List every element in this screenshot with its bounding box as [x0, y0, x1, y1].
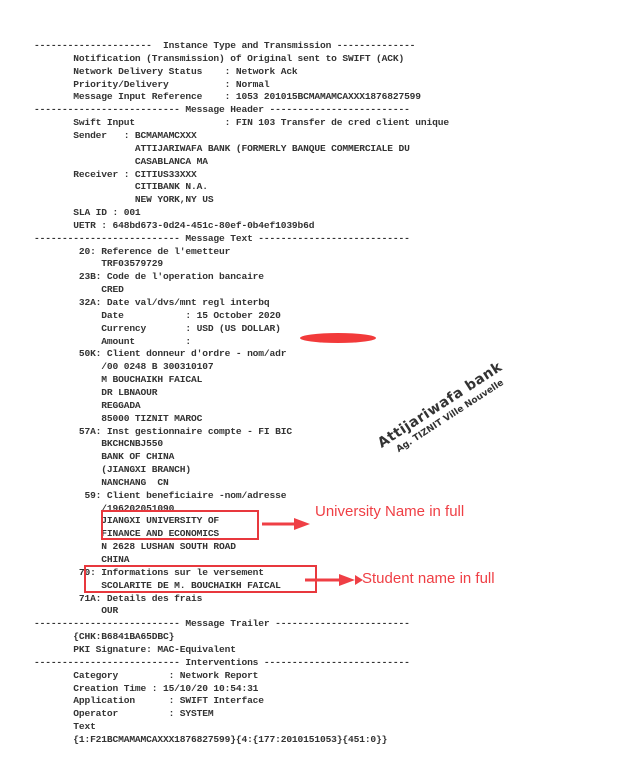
document-line: /00 0248 B 300310107: [34, 361, 213, 373]
document-line: DR LBNAOUR: [34, 387, 157, 399]
document-line: N 2628 LUSHAN SOUTH ROAD: [34, 541, 236, 553]
document-line: Network Delivery Status : Network Ack: [34, 66, 298, 78]
document-line: BANK OF CHINA: [34, 451, 174, 463]
section-divider: -------------------------- Interventions…: [34, 657, 410, 669]
document-line: Currency : USD (US DOLLAR): [34, 323, 281, 335]
document-line: Receiver : CITIUS33XXX: [34, 169, 197, 181]
document-line: PKI Signature: MAC-Equivalent: [34, 644, 236, 656]
document-line: Amount :: [34, 336, 191, 348]
document-line: 50K: Client donneur d'ordre - nom/adr: [34, 348, 286, 360]
student-highlight-box: [84, 565, 317, 593]
document-line: 57A: Inst gestionnaire compte - FI BIC: [34, 426, 292, 438]
document-line: Notification (Transmission) of Original …: [34, 53, 404, 65]
document-line: Priority/Delivery : Normal: [34, 79, 270, 91]
document-line: 20: Reference de l'emetteur: [34, 246, 230, 258]
document-line: NEW YORK,NY US: [34, 194, 213, 206]
document-line: Sender : BCMAMAMCXXX: [34, 130, 197, 142]
document-line: 59: Client beneficiaire -nom/adresse: [34, 490, 286, 502]
document-line: NANCHANG CN: [34, 477, 169, 489]
document-line: 85000 TIZNIT MAROC: [34, 413, 202, 425]
document-line: REGGADA: [34, 400, 141, 412]
section-divider: -------------------------- Message Trail…: [34, 618, 410, 630]
document-line: 71A: Details des frais: [34, 593, 202, 605]
document-line: M BOUCHAIKH FAICAL: [34, 374, 202, 386]
section-divider: -------------------------- Message Text …: [34, 233, 410, 245]
document-line: UETR : 648bd673-0d24-451c-80ef-0b4ef1039…: [34, 220, 314, 232]
document-line: BKCHCNBJ550: [34, 438, 163, 450]
document-line: Operator : SYSTEM: [34, 708, 213, 720]
document-line: 32A: Date val/dvs/mnt regl interbq: [34, 297, 270, 309]
document-line: Application : SWIFT Interface: [34, 695, 264, 707]
document-line: TRF03579729: [34, 258, 163, 270]
document-line: Creation Time : 15/10/20 10:54:31: [34, 683, 258, 695]
document-line: Swift Input : FIN 103 Transfer de cred c…: [34, 117, 449, 129]
swift-message-document: --------------------- Instance Type and …: [0, 0, 640, 771]
document-line: Date : 15 October 2020: [34, 310, 281, 322]
document-line: 23B: Code de l'operation bancaire: [34, 271, 264, 283]
document-line: CRED: [34, 284, 124, 296]
document-line: Text: [34, 721, 96, 733]
document-line: {CHK:B6841BA65DBC}: [34, 631, 174, 643]
document-line: ATTIJARIWAFA BANK (FORMERLY BANQUE COMME…: [34, 143, 410, 155]
document-line: SLA ID : 001: [34, 207, 141, 219]
student-annotation: Student name in full: [362, 570, 495, 587]
university-highlight-box: [101, 510, 259, 540]
document-line: (JIANGXI BRANCH): [34, 464, 191, 476]
document-line: {1:F21BCMAMAMCAXXX1876827599}{4:{177:201…: [34, 734, 387, 746]
document-line: OUR: [34, 605, 118, 617]
document-line: Category : Network Report: [34, 670, 258, 682]
student-arrow-icon: [305, 573, 363, 587]
document-line: CITIBANK N.A.: [34, 181, 208, 193]
university-annotation: University Name in full: [315, 503, 464, 520]
section-divider: -------------------------- Message Heade…: [34, 104, 410, 116]
document-line: Message Input Reference : 1053 201015BCM…: [34, 91, 421, 103]
section-divider: --------------------- Instance Type and …: [34, 40, 415, 52]
redacted-amount: [300, 333, 376, 343]
document-line: CASABLANCA MA: [34, 156, 208, 168]
university-arrow-icon: [262, 517, 312, 531]
